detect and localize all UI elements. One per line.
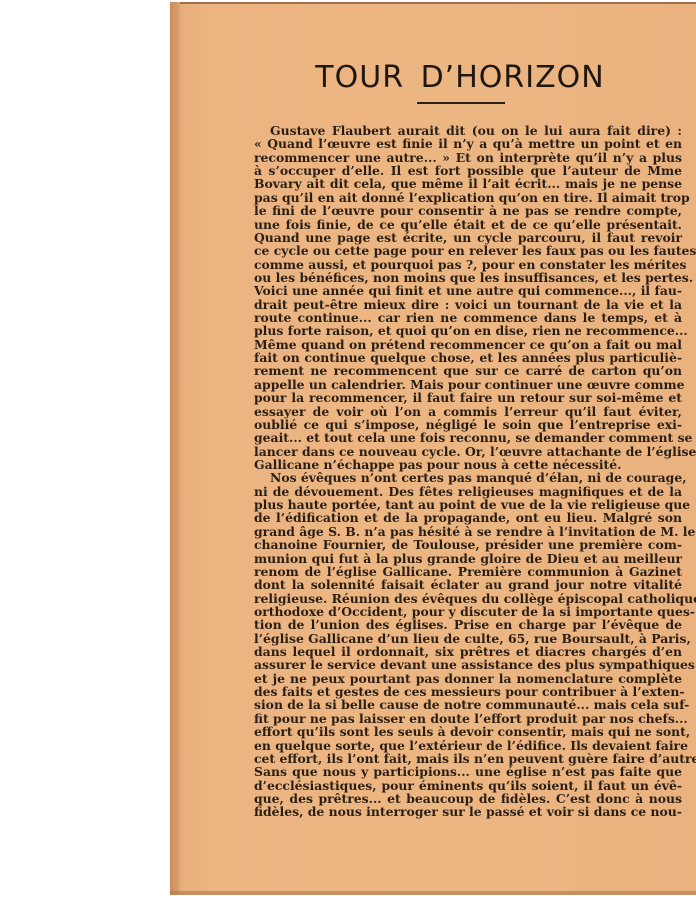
text-line: religieuse. Réunion des évêques du collè… — [254, 592, 682, 605]
text-line: Même quand on prétend recommencer ce qu’… — [254, 338, 682, 351]
text-line: chanoine Fournier, de Toulouse, présider… — [254, 538, 682, 551]
text-line: Quand une page est écrite, un cycle parc… — [254, 231, 682, 244]
text-line: appelle un calendrier. Mais pour continu… — [254, 378, 682, 391]
text-line: sion de la si belle cause de notre commu… — [254, 698, 682, 711]
text-line: geait... et tout cela une fois reconnu, … — [254, 431, 682, 444]
text-line: effort qu’ils sont les seuls à devoir co… — [254, 725, 682, 738]
text-line: Bovary ait dit cela, que même il l’ait é… — [254, 177, 682, 190]
text-line: Nos évêques n’ont certes pas manqué d’él… — [254, 471, 682, 484]
paragraph-2: Nos évêques n’ont certes pas manqué d’él… — [254, 471, 682, 818]
text-line: oublié ce qui s’impose, négligé le soin … — [254, 418, 682, 431]
article-body: Gustave Flaubert aurait dit (ou on le lu… — [254, 124, 682, 819]
text-line: plus forte raison, et quoi qu’on en dise… — [254, 324, 682, 337]
text-line: munion qui fut à la plus grande gloire d… — [254, 552, 682, 565]
text-line: dans lequel il ordonnait, six prêtres et… — [254, 645, 682, 658]
text-line: recommencer une autre... » Et on interpr… — [254, 151, 682, 164]
text-line: Gallicane n’échappe pas pour nous à cett… — [254, 458, 682, 471]
text-line: fidèles, de nous interroger sur le passé… — [254, 805, 682, 818]
text-line: plus haute portée, tant au point de vue … — [254, 498, 682, 511]
text-line: comme aussi, et pourquoi pas ?, pour en … — [254, 258, 682, 271]
text-line: route continue... car rien ne commence d… — [254, 311, 682, 324]
text-line: à s’occuper d’elle. Il est fort possible… — [254, 164, 682, 177]
text-line: des faits et gestes de ces messieurs pou… — [254, 685, 682, 698]
text-line: fit pour ne pas laisser en doute l’effor… — [254, 712, 682, 725]
text-line: dont la solennité faisait éclater au gra… — [254, 578, 682, 591]
page-bottom-edge — [170, 891, 696, 895]
text-line: en quelque sorte, que l’extérieur de l’é… — [254, 739, 682, 752]
text-line: rement ne recommencent que sur ce carré … — [254, 364, 682, 377]
text-line: ce cycle ou cette page pour en relever l… — [254, 244, 682, 257]
text-line: lancer dans ce nouveau cycle. Or, l’œuvr… — [254, 445, 682, 458]
text-line: essayer de voir où l’on a commis l’erreu… — [254, 405, 682, 418]
text-line: d’ecclésiastiques, pour éminents qu’ils … — [254, 779, 682, 792]
text-line: ni de dévouement. Des fêtes religieuses … — [254, 485, 682, 498]
text-line: cet effort, ils l’ont fait, mais ils n’e… — [254, 752, 682, 765]
text-line: pas qu’il en ait donné l’explication qu’… — [254, 191, 682, 204]
text-line: ou les bénéfices, non moins que les insu… — [254, 271, 682, 284]
text-line: Sans que nous y participions... une égli… — [254, 765, 682, 778]
document-page: TOUR D’HORIZON Gustave Flaubert aurait d… — [170, 2, 696, 895]
text-line: grand âge S. B. n’a pas hésité à se rend… — [254, 525, 682, 538]
text-line: fait on continue quelque chose, et les a… — [254, 351, 682, 364]
text-line: l’église Gallicane d’un lieu de culte, 6… — [254, 632, 682, 645]
text-line: Gustave Flaubert aurait dit (ou on le lu… — [254, 124, 682, 137]
text-line: pour la recommencer, il faut faire un re… — [254, 391, 682, 404]
paragraph-1: Gustave Flaubert aurait dit (ou on le lu… — [254, 124, 682, 471]
text-line: orthodoxe d’Occident, pour y discuter de… — [254, 605, 682, 618]
text-line: drait peut-être mieux dire : voici un to… — [254, 298, 682, 311]
text-line: une fois finie, de ce qu’elle était et d… — [254, 218, 682, 231]
text-line: de l’édification et de la propagande, on… — [254, 511, 682, 524]
page-title: TOUR D’HORIZON — [310, 60, 610, 95]
page-fold-edge — [170, 2, 180, 895]
text-line: Voici une année qui finit et une autre q… — [254, 284, 682, 297]
text-line: renom de l’église Gallicane. Première co… — [254, 565, 682, 578]
text-line: que, des prêtres... et beaucoup de fidèl… — [254, 792, 682, 805]
text-line: et je ne peux pourtant pas donner la nom… — [254, 672, 682, 685]
text-line: « Quand l’œuvre est finie il n’y a qu’à … — [254, 137, 682, 150]
text-line: tion de l’union des églises. Prise en ch… — [254, 618, 682, 631]
text-line: assurer le service devant une assistance… — [254, 658, 682, 671]
title-underline — [417, 102, 505, 104]
text-line: le fini de l’œuvre pour consentir à ne p… — [254, 204, 682, 217]
